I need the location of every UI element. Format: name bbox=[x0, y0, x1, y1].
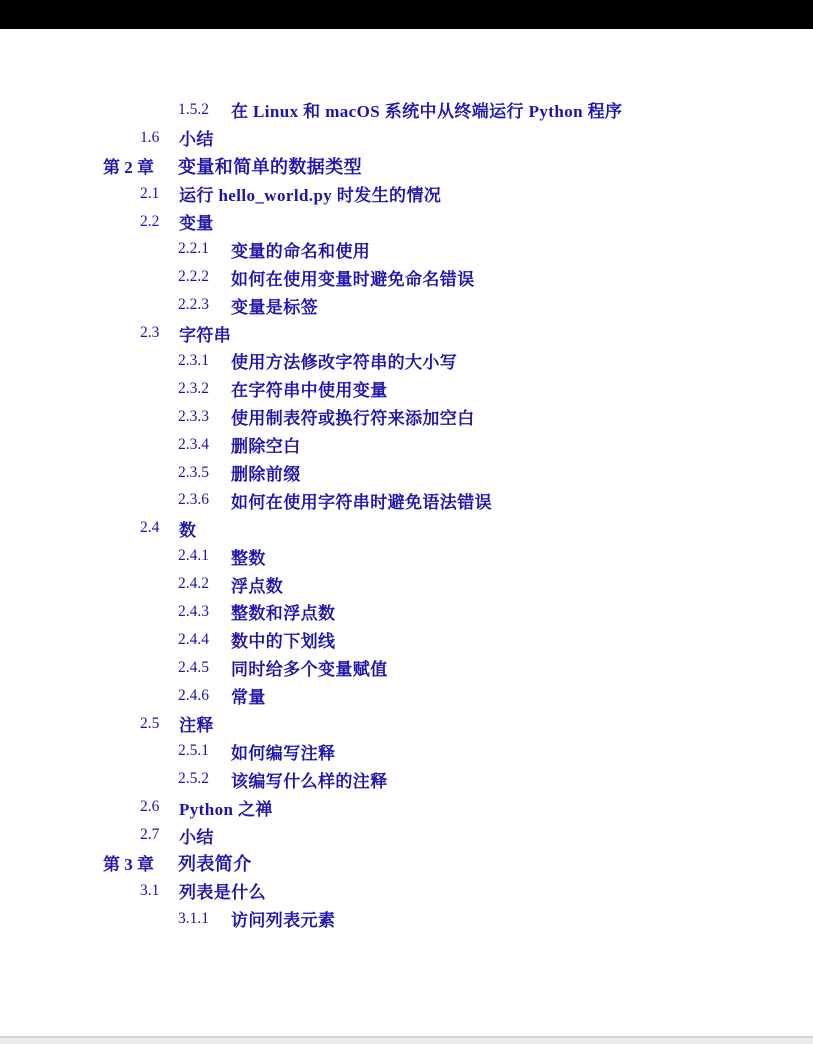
toc-entry-title: Python 之禅 bbox=[179, 795, 273, 820]
toc-entry-title: 在 Linux 和 macOS 系统中从终端运行 Python 程序 bbox=[231, 97, 622, 122]
toc-entry-title: 字符串 bbox=[179, 321, 231, 346]
toc-entry-title: 小结 bbox=[179, 823, 214, 848]
toc-entry-title: 该编写什么样的注释 bbox=[231, 767, 388, 792]
toc-entry[interactable]: 2.2.2如何在使用变量时避免命名错误 bbox=[0, 263, 813, 291]
toc-entry-number: 2.2.2 bbox=[178, 268, 231, 286]
toc-entry-number: 2.3.2 bbox=[178, 380, 231, 398]
toc-entry-number: 2.1 bbox=[140, 185, 179, 203]
toc-entry[interactable]: 2.3.4删除空白 bbox=[0, 431, 813, 459]
toc-entry[interactable]: 2.5注释 bbox=[0, 710, 813, 738]
toc-entry-number: 3.1.1 bbox=[178, 910, 231, 928]
toc-entry-number: 2.4.1 bbox=[178, 547, 231, 565]
toc-entry-title: 整数 bbox=[231, 544, 266, 569]
toc-entry-number: 第 3 章 bbox=[103, 850, 178, 875]
toc-entry[interactable]: 2.4.5同时给多个变量赋值 bbox=[0, 654, 813, 682]
toc-entry-number: 2.3.5 bbox=[178, 464, 231, 482]
toc-entry-title: 在字符串中使用变量 bbox=[231, 376, 388, 401]
toc-entry-number: 2.2.1 bbox=[178, 240, 231, 258]
toc-entry-title: 运行 hello_world.py 时发生的情况 bbox=[179, 181, 441, 206]
toc-entry-title: 删除空白 bbox=[231, 432, 301, 457]
toc-entry-number: 2.3 bbox=[140, 324, 179, 342]
toc-entry-title: 小结 bbox=[179, 125, 214, 150]
toc-entry-title: 注释 bbox=[179, 711, 214, 736]
toc-entry-number: 2.4.6 bbox=[178, 687, 231, 705]
toc-entry[interactable]: 2.1运行 hello_world.py 时发生的情况 bbox=[0, 180, 813, 208]
toc-entry-title: 整数和浮点数 bbox=[231, 599, 335, 624]
toc-entry-number: 2.4.4 bbox=[178, 631, 231, 649]
toc-entry-number: 2.5.1 bbox=[178, 742, 231, 760]
toc-entry-number: 2.2 bbox=[140, 213, 179, 231]
toc-entry[interactable]: 2.2变量 bbox=[0, 208, 813, 236]
toc-entry-title: 常量 bbox=[231, 683, 266, 708]
toc-entry-number: 1.5.2 bbox=[178, 101, 231, 119]
toc-entry-title: 列表是什么 bbox=[179, 878, 266, 903]
toc-entry[interactable]: 2.3.6如何在使用字符串时避免语法错误 bbox=[0, 486, 813, 514]
toc-entry-number: 1.6 bbox=[140, 129, 179, 147]
toc-entry-number: 2.3.6 bbox=[178, 491, 231, 509]
toc-entry-title: 访问列表元素 bbox=[231, 906, 335, 931]
toc-entry-number: 2.3.4 bbox=[178, 436, 231, 454]
toc-entry-title: 如何在使用变量时避免命名错误 bbox=[231, 265, 475, 290]
toc-entry[interactable]: 2.3字符串 bbox=[0, 319, 813, 347]
toc-entry[interactable]: 2.5.1如何编写注释 bbox=[0, 737, 813, 765]
toc-entry-number: 2.2.3 bbox=[178, 296, 231, 314]
toc-entry[interactable]: 2.2.1变量的命名和使用 bbox=[0, 235, 813, 263]
toc-entry[interactable]: 2.4数 bbox=[0, 514, 813, 542]
toc-entry-number: 2.6 bbox=[140, 798, 179, 816]
toc-entry-title: 使用方法修改字符串的大小写 bbox=[231, 348, 457, 373]
toc-entry-number: 第 2 章 bbox=[103, 153, 178, 178]
toc-entry-number: 3.1 bbox=[140, 882, 179, 900]
toc-entry-title: 浮点数 bbox=[231, 572, 283, 597]
toc-entry[interactable]: 2.4.2浮点数 bbox=[0, 570, 813, 598]
toc-entry[interactable]: 2.7小结 bbox=[0, 821, 813, 849]
toc-entry-number: 2.4.2 bbox=[178, 575, 231, 593]
toc-entry[interactable]: 2.2.3变量是标签 bbox=[0, 291, 813, 319]
toc-entry-number: 2.4.3 bbox=[178, 603, 231, 621]
page-bottom-edge bbox=[0, 1036, 813, 1044]
toc-entry[interactable]: 2.4.4数中的下划线 bbox=[0, 626, 813, 654]
toc-entry[interactable]: 3.1列表是什么 bbox=[0, 877, 813, 905]
toc-entry-title: 同时给多个变量赋值 bbox=[231, 655, 388, 680]
toc-entry[interactable]: 2.4.6常量 bbox=[0, 682, 813, 710]
toc-entry[interactable]: 2.5.2该编写什么样的注释 bbox=[0, 765, 813, 793]
top-black-bar bbox=[0, 0, 813, 29]
toc-entry-title: 数中的下划线 bbox=[231, 627, 335, 652]
toc-entry-number: 2.5.2 bbox=[178, 770, 231, 788]
toc-entry[interactable]: 2.6Python 之禅 bbox=[0, 793, 813, 821]
toc-entry-number: 2.7 bbox=[140, 826, 179, 844]
toc-entry[interactable]: 2.3.2在字符串中使用变量 bbox=[0, 375, 813, 403]
toc-entry-title: 变量的命名和使用 bbox=[231, 237, 370, 262]
toc-entry-title: 变量是标签 bbox=[231, 293, 318, 318]
toc-entry[interactable]: 3.1.1访问列表元素 bbox=[0, 905, 813, 933]
document-page: 1.5.2在 Linux 和 macOS 系统中从终端运行 Python 程序1… bbox=[0, 0, 813, 1044]
toc-entry[interactable]: 2.3.5删除前缀 bbox=[0, 459, 813, 487]
toc-entry-title: 使用制表符或换行符来添加空白 bbox=[231, 404, 475, 429]
table-of-contents: 1.5.2在 Linux 和 macOS 系统中从终端运行 Python 程序1… bbox=[0, 96, 813, 933]
toc-entry-title: 变量和简单的数据类型 bbox=[178, 153, 362, 179]
toc-entry[interactable]: 2.4.1整数 bbox=[0, 542, 813, 570]
toc-entry-title: 变量 bbox=[179, 209, 214, 234]
toc-entry-number: 2.5 bbox=[140, 715, 179, 733]
toc-entry[interactable]: 1.5.2在 Linux 和 macOS 系统中从终端运行 Python 程序 bbox=[0, 96, 813, 124]
toc-entry-number: 2.4 bbox=[140, 519, 179, 537]
toc-chapter-entry[interactable]: 第 3 章列表简介 bbox=[0, 849, 813, 877]
toc-entry-number: 2.3.3 bbox=[178, 408, 231, 426]
toc-entry[interactable]: 2.3.3使用制表符或换行符来添加空白 bbox=[0, 403, 813, 431]
toc-entry-title: 列表简介 bbox=[178, 850, 252, 876]
toc-entry-title: 如何编写注释 bbox=[231, 739, 335, 764]
toc-entry[interactable]: 1.6小结 bbox=[0, 124, 813, 152]
toc-entry-number: 2.3.1 bbox=[178, 352, 231, 370]
toc-entry-number: 2.4.5 bbox=[178, 659, 231, 677]
toc-entry-title: 数 bbox=[179, 516, 196, 541]
toc-entry-title: 删除前缀 bbox=[231, 460, 301, 485]
toc-entry[interactable]: 2.4.3整数和浮点数 bbox=[0, 598, 813, 626]
toc-entry-title: 如何在使用字符串时避免语法错误 bbox=[231, 488, 492, 513]
toc-entry[interactable]: 2.3.1使用方法修改字符串的大小写 bbox=[0, 347, 813, 375]
toc-chapter-entry[interactable]: 第 2 章变量和简单的数据类型 bbox=[0, 152, 813, 180]
